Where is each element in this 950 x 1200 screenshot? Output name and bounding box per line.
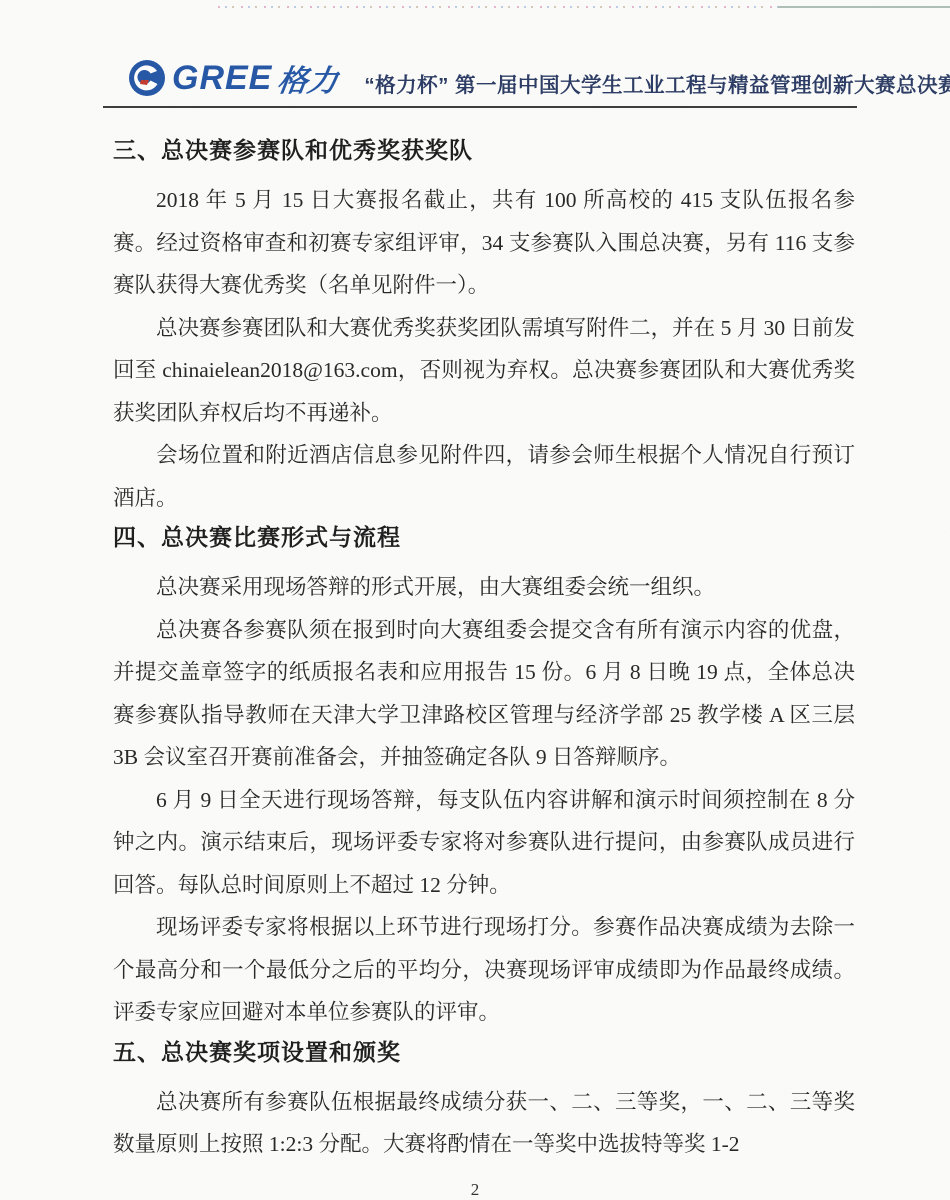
document-page: GREE 格力 “格力杯” 第一届中国大学生工业工程与精益管理创新大赛总决赛 三… <box>0 0 950 1200</box>
paragraph: 6 月 9 日全天进行现场答辩，每支队伍内容讲解和演示时间须控制在 8 分钟之内… <box>113 779 855 907</box>
scan-artifact-line <box>218 6 778 8</box>
section-awards: 五、总决赛奖项设置和颁奖 总决赛所有参赛队伍根据最终成绩分获一、二、三等奖，一、… <box>113 1034 855 1166</box>
gree-circle-icon <box>128 59 166 97</box>
section-finalist-teams: 三、总决赛参赛队和优秀奖获奖队 2018 年 5 月 15 日大赛报名截止，共有… <box>113 132 855 519</box>
paragraph: 现场评委专家将根据以上环节进行现场打分。参赛作品决赛成绩为去除一个最高分和一个最… <box>113 906 855 1034</box>
paragraph: 总决赛参赛团队和大赛优秀奖获奖团队需填写附件二，并在 5 月 30 日前发回至 … <box>113 307 855 435</box>
paragraph: 会场位置和附近酒店信息参见附件四，请参会师生根据个人情况自行预订酒店。 <box>113 434 855 519</box>
gree-logo-chinese: 格力 <box>275 56 341 100</box>
section-heading-4: 四、总决赛比赛形式与流程 <box>113 519 855 552</box>
paragraph: 总决赛所有参赛队伍根据最终成绩分获一、二、三等奖，一、二、三等奖数量原则上按照 … <box>113 1081 855 1166</box>
section-competition-format: 四、总决赛比赛形式与流程 总决赛采用现场答辩的形式开展，由大赛组委会统一组织。 … <box>113 519 855 1034</box>
document-footer: 2 <box>0 1180 950 1200</box>
document-body: 三、总决赛参赛队和优秀奖获奖队 2018 年 5 月 15 日大赛报名截止，共有… <box>0 108 950 1166</box>
section-heading-5: 五、总决赛奖项设置和颁奖 <box>113 1034 855 1067</box>
section-heading-3: 三、总决赛参赛队和优秀奖获奖队 <box>113 132 855 165</box>
document-header-title: “格力杯” 第一届中国大学生工业工程与精益管理创新大赛总决赛 <box>364 68 950 100</box>
gree-logo: GREE 格力 <box>128 56 338 100</box>
scan-artifact-line-solid <box>778 6 950 8</box>
paragraph: 2018 年 5 月 15 日大赛报名截止，共有 100 所高校的 415 支队… <box>113 179 855 307</box>
gree-logo-text: GREE <box>172 59 272 98</box>
paragraph: 总决赛各参赛队须在报到时向大赛组委会提交含有所有演示内容的优盘，并提交盖章签字的… <box>113 609 855 779</box>
page-number: 2 <box>471 1180 480 1199</box>
document-header: GREE 格力 “格力杯” 第一届中国大学生工业工程与精益管理创新大赛总决赛 <box>0 0 950 100</box>
paragraph: 总决赛采用现场答辩的形式开展，由大赛组委会统一组织。 <box>113 566 855 609</box>
